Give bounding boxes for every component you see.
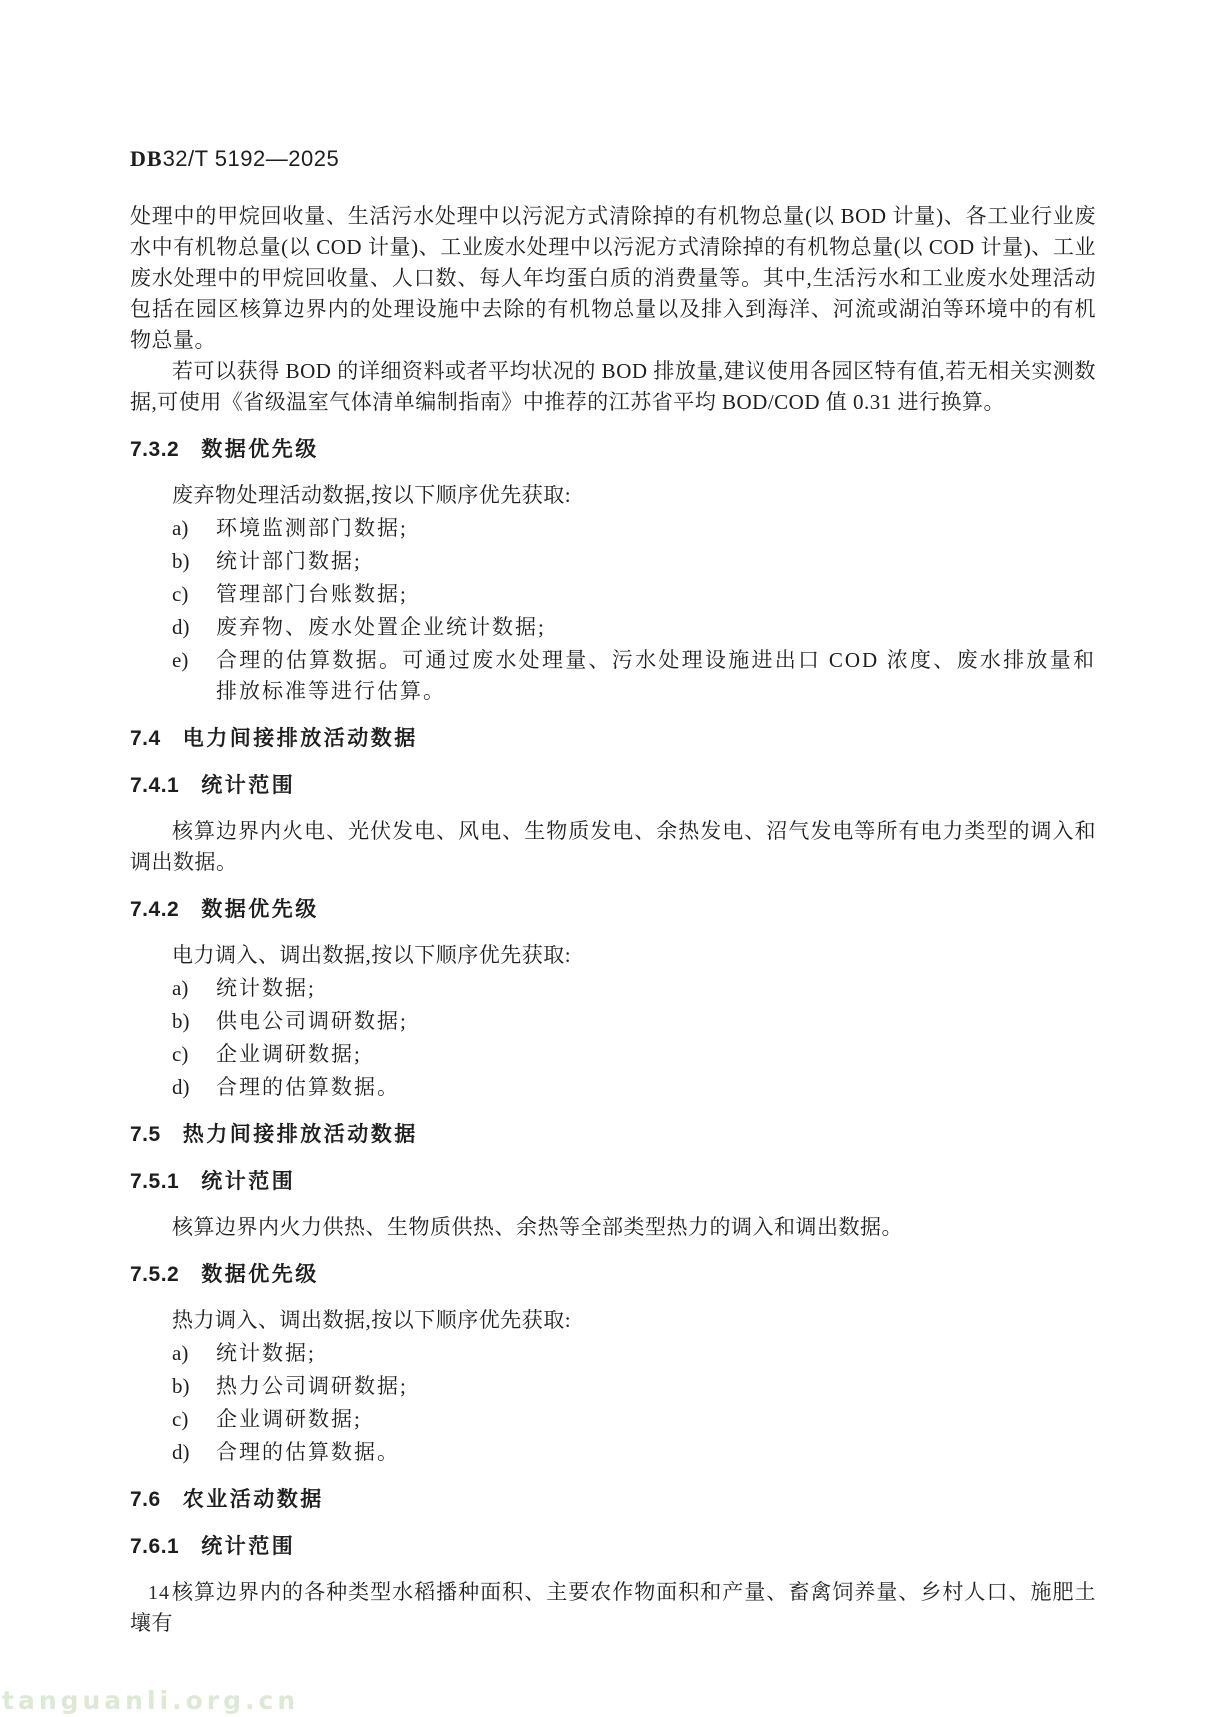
subsection-heading: 7.4.1统计范围 [130, 771, 1096, 801]
heading-number: 7.5.2 [130, 1263, 179, 1286]
list-item: d)废弃物、废水处置企业统计数据; [130, 612, 1096, 643]
list-item-text: 统计部门数据; [216, 546, 1096, 577]
standard-prefix: DB [130, 146, 163, 171]
heading-number: 7.3.2 [130, 438, 179, 461]
list-item: c)管理部门台账数据; [130, 579, 1096, 610]
heading-title: 统计范围 [201, 1170, 295, 1193]
document-page: DB32/T 5192—2025 处理中的甲烷回收量、生活污水处理中以污泥方式清… [0, 0, 1224, 1717]
body-paragraph: 核算边界内的各种类型水稻播种面积、主要农作物面积和产量、畜禽饲养量、乡村人口、施… [130, 1577, 1096, 1639]
heading-title: 数据优先级 [201, 438, 319, 461]
heading-title: 统计范围 [201, 1535, 295, 1558]
subsection-heading: 7.3.2数据优先级 [130, 435, 1096, 465]
list-item: d)合理的估算数据。 [130, 1072, 1096, 1103]
heading-title: 农业活动数据 [183, 1488, 324, 1511]
list-item-label: d) [172, 612, 216, 643]
body-paragraph: 核算边界内火电、光伏发电、风电、生物质发电、余热发电、沼气发电等所有电力类型的调… [130, 816, 1096, 878]
section-heading: 7.6农业活动数据 [130, 1485, 1096, 1515]
list-item-text: 环境监测部门数据; [216, 513, 1096, 544]
list-item-label: a) [172, 973, 216, 1004]
list-item: b)热力公司调研数据; [130, 1371, 1096, 1402]
body-paragraph: 废弃物处理活动数据,按以下顺序优先获取: [130, 480, 1096, 511]
list-item-text: 热力公司调研数据; [216, 1371, 1096, 1402]
ordered-list: a)环境监测部门数据;b)统计部门数据;c)管理部门台账数据;d)废弃物、废水处… [130, 513, 1096, 707]
list-item: a)环境监测部门数据; [130, 513, 1096, 544]
list-item-text: 统计数据; [216, 973, 1096, 1004]
body-paragraph: 热力调入、调出数据,按以下顺序优先获取: [130, 1305, 1096, 1336]
heading-title: 电力间接排放活动数据 [183, 727, 418, 750]
heading-title: 统计范围 [201, 774, 295, 797]
document-content: DB32/T 5192—2025 处理中的甲烷回收量、生活污水处理中以污泥方式清… [130, 146, 1096, 1639]
list-item: d)合理的估算数据。 [130, 1437, 1096, 1468]
list-item: a)统计数据; [130, 1338, 1096, 1369]
list-item: c)企业调研数据; [130, 1404, 1096, 1435]
watermark: tanguanli.org.cn [2, 1686, 299, 1715]
list-item: a)统计数据; [130, 973, 1096, 1004]
heading-number: 7.4.2 [130, 898, 179, 921]
list-item-text: 企业调研数据; [216, 1039, 1096, 1070]
list-item-label: b) [172, 546, 216, 577]
standard-code: 32/T 5192—2025 [163, 146, 340, 171]
heading-number: 7.6 [130, 1488, 161, 1511]
standard-number-header: DB32/T 5192—2025 [130, 146, 1096, 172]
ordered-list: a)统计数据;b)热力公司调研数据;c)企业调研数据;d)合理的估算数据。 [130, 1338, 1096, 1468]
subsection-heading: 7.5.1统计范围 [130, 1167, 1096, 1197]
list-item-label: c) [172, 1039, 216, 1070]
heading-number: 7.5 [130, 1123, 161, 1146]
body-paragraph: 处理中的甲烷回收量、生活污水处理中以污泥方式清除掉的有机物总量(以 BOD 计量… [130, 201, 1096, 356]
list-item-label: c) [172, 579, 216, 610]
heading-title: 数据优先级 [201, 1263, 319, 1286]
subsection-heading: 7.4.2数据优先级 [130, 895, 1096, 925]
list-item-text: 企业调研数据; [216, 1404, 1096, 1435]
list-item-label: d) [172, 1437, 216, 1468]
list-item: b)供电公司调研数据; [130, 1006, 1096, 1037]
heading-number: 7.4 [130, 727, 161, 750]
heading-title: 热力间接排放活动数据 [183, 1123, 418, 1146]
list-item: b)统计部门数据; [130, 546, 1096, 577]
list-item-text: 统计数据; [216, 1338, 1096, 1369]
list-item-label: b) [172, 1371, 216, 1402]
document-body: 处理中的甲烷回收量、生活污水处理中以污泥方式清除掉的有机物总量(以 BOD 计量… [130, 201, 1096, 1639]
list-item-label: e) [172, 645, 216, 707]
list-item-label: c) [172, 1404, 216, 1435]
list-item-text: 废弃物、废水处置企业统计数据; [216, 612, 1096, 643]
list-item-label: a) [172, 1338, 216, 1369]
list-item-text: 合理的估算数据。可通过废水处理量、污水处理设施进出口 COD 浓度、废水排放量和… [216, 645, 1096, 707]
list-item: e)合理的估算数据。可通过废水处理量、污水处理设施进出口 COD 浓度、废水排放… [130, 645, 1096, 707]
body-paragraph: 核算边界内火力供热、生物质供热、余热等全部类型热力的调入和调出数据。 [130, 1212, 1096, 1243]
section-heading: 7.5热力间接排放活动数据 [130, 1120, 1096, 1150]
section-heading: 7.4电力间接排放活动数据 [130, 724, 1096, 754]
list-item-text: 供电公司调研数据; [216, 1006, 1096, 1037]
heading-number: 7.6.1 [130, 1535, 179, 1558]
ordered-list: a)统计数据;b)供电公司调研数据;c)企业调研数据;d)合理的估算数据。 [130, 973, 1096, 1103]
list-item-text: 合理的估算数据。 [216, 1072, 1096, 1103]
list-item-label: a) [172, 513, 216, 544]
heading-title: 数据优先级 [201, 898, 319, 921]
page-number: 14 [148, 1582, 170, 1605]
list-item-text: 合理的估算数据。 [216, 1437, 1096, 1468]
body-paragraph: 电力调入、调出数据,按以下顺序优先获取: [130, 940, 1096, 971]
heading-number: 7.5.1 [130, 1170, 179, 1193]
list-item-label: d) [172, 1072, 216, 1103]
list-item: c)企业调研数据; [130, 1039, 1096, 1070]
subsection-heading: 7.6.1统计范围 [130, 1532, 1096, 1562]
subsection-heading: 7.5.2数据优先级 [130, 1260, 1096, 1290]
body-paragraph: 若可以获得 BOD 的详细资料或者平均状况的 BOD 排放量,建议使用各园区特有… [130, 356, 1096, 418]
list-item-label: b) [172, 1006, 216, 1037]
list-item-text: 管理部门台账数据; [216, 579, 1096, 610]
heading-number: 7.4.1 [130, 774, 179, 797]
